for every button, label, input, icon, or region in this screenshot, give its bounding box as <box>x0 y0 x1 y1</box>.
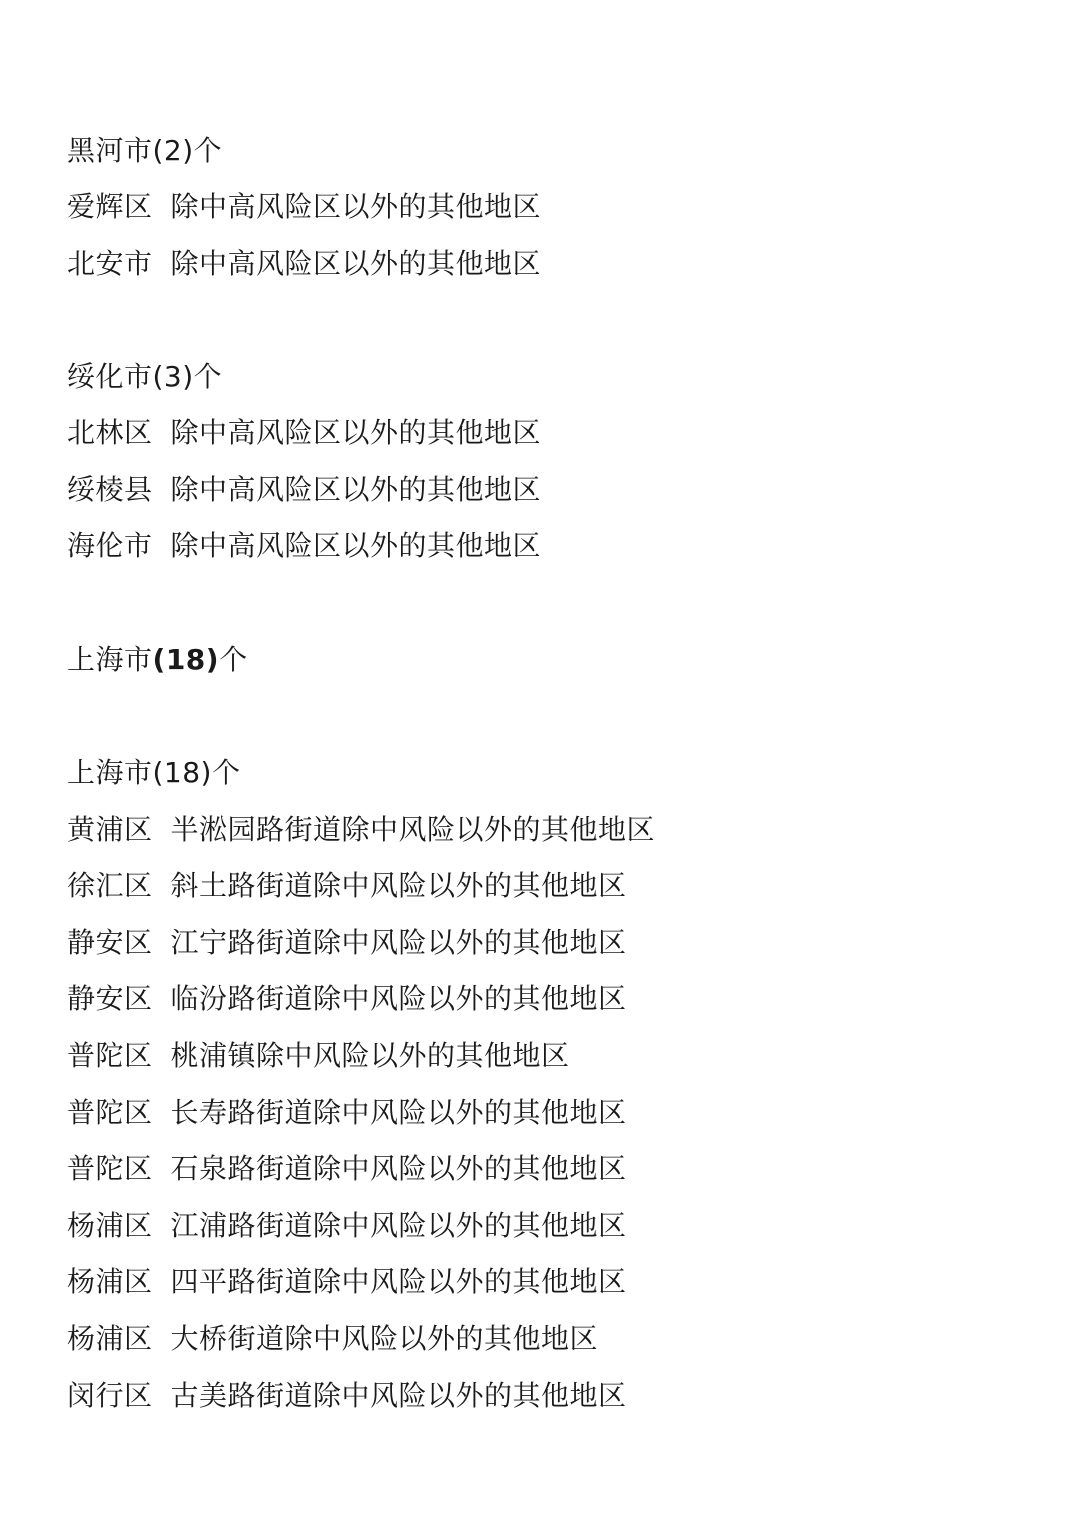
list-item: 静安区临汾路街道除中风险以外的其他地区 <box>67 981 627 1017</box>
list-item: 海伦市除中高风险区以外的其他地区 <box>67 528 541 564</box>
list-item: 绥棱县除中高风险区以外的其他地区 <box>67 472 541 508</box>
area-description: 古美路街道除中风险以外的其他地区 <box>171 1379 627 1412</box>
district-name: 静安区 <box>67 925 153 961</box>
district-name: 杨浦区 <box>67 1208 153 1244</box>
area-description: 长寿路街道除中风险以外的其他地区 <box>171 1096 627 1129</box>
area-description: 除中高风险区以外的其他地区 <box>171 473 542 506</box>
district-name: 杨浦区 <box>67 1264 153 1300</box>
district-name: 徐汇区 <box>67 868 153 904</box>
area-description: 江浦路街道除中风险以外的其他地区 <box>171 1209 627 1242</box>
area-description: 桃浦镇除中风险以外的其他地区 <box>171 1039 570 1072</box>
area-description: 江宁路街道除中风险以外的其他地区 <box>171 926 627 959</box>
district-name: 北安市 <box>67 246 153 282</box>
list-item: 杨浦区江浦路街道除中风险以外的其他地区 <box>67 1208 627 1244</box>
section-header-suihua: 绥化市(3)个 <box>67 359 222 395</box>
list-item: 杨浦区四平路街道除中风险以外的其他地区 <box>67 1264 627 1300</box>
district-name: 海伦市 <box>67 528 153 564</box>
list-item: 黄浦区半淞园路街道除中风险以外的其他地区 <box>67 812 655 848</box>
section-header-shanghai: 上海市(18)个 <box>67 755 240 791</box>
area-description: 石泉路街道除中风险以外的其他地区 <box>171 1152 627 1185</box>
list-item: 徐汇区斜土路街道除中风险以外的其他地区 <box>67 868 627 904</box>
district-name: 杨浦区 <box>67 1321 153 1357</box>
district-name: 绥棱县 <box>67 472 153 508</box>
list-item: 普陀区石泉路街道除中风险以外的其他地区 <box>67 1151 627 1187</box>
province-count: (18) <box>153 643 220 676</box>
list-item: 普陀区长寿路街道除中风险以外的其他地区 <box>67 1095 627 1131</box>
district-name: 普陀区 <box>67 1095 153 1131</box>
district-name: 爱辉区 <box>67 189 153 225</box>
district-name: 普陀区 <box>67 1151 153 1187</box>
list-item: 爱辉区除中高风险区以外的其他地区 <box>67 189 541 225</box>
area-description: 除中高风险区以外的其他地区 <box>171 190 542 223</box>
list-item: 杨浦区大桥街道除中风险以外的其他地区 <box>67 1321 598 1357</box>
section-header-heihe: 黑河市(2)个 <box>67 133 222 169</box>
area-description: 半淞园路街道除中风险以外的其他地区 <box>171 813 656 846</box>
area-description: 斜土路街道除中风险以外的其他地区 <box>171 869 627 902</box>
list-item: 北安市除中高风险区以外的其他地区 <box>67 246 541 282</box>
area-description: 除中高风险区以外的其他地区 <box>171 529 542 562</box>
list-item: 闵行区古美路街道除中风险以外的其他地区 <box>67 1378 627 1414</box>
province-suffix: 个 <box>219 643 248 676</box>
province-name: 上海市 <box>67 643 153 676</box>
list-item: 普陀区桃浦镇除中风险以外的其他地区 <box>67 1038 570 1074</box>
list-item: 北林区除中高风险区以外的其他地区 <box>67 415 541 451</box>
district-name: 闵行区 <box>67 1378 153 1414</box>
district-name: 普陀区 <box>67 1038 153 1074</box>
area-description: 大桥街道除中风险以外的其他地区 <box>171 1322 599 1355</box>
district-name: 北林区 <box>67 415 153 451</box>
province-heading-shanghai: 上海市(18)个 <box>67 642 248 678</box>
area-description: 四平路街道除中风险以外的其他地区 <box>171 1265 627 1298</box>
list-item: 静安区江宁路街道除中风险以外的其他地区 <box>67 925 627 961</box>
area-description: 除中高风险区以外的其他地区 <box>171 416 542 449</box>
area-description: 除中高风险区以外的其他地区 <box>171 247 542 280</box>
district-name: 黄浦区 <box>67 812 153 848</box>
area-description: 临汾路街道除中风险以外的其他地区 <box>171 982 627 1015</box>
district-name: 静安区 <box>67 981 153 1017</box>
